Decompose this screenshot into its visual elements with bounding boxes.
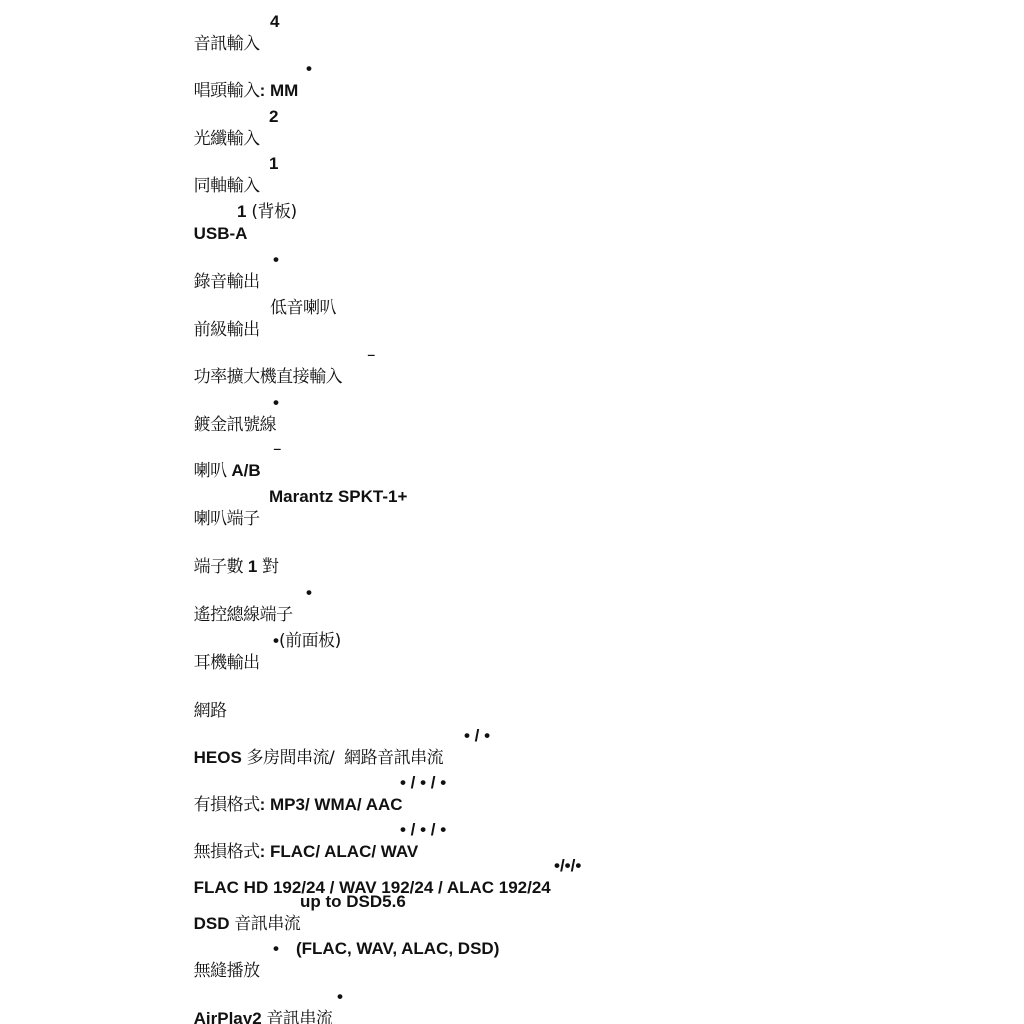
spec-label: 功率擴大機直接輸入 bbox=[194, 367, 343, 387]
spec-label: 前級輸出 bbox=[194, 320, 260, 340]
spec-label-suffix: A/B bbox=[227, 461, 261, 480]
spec-label-prefix: DSD bbox=[194, 914, 235, 933]
spec-airplay: AirPlay2 音訊串流 • bbox=[174, 986, 332, 1008]
spec-value: Marantz SPKT-1+ bbox=[269, 486, 407, 508]
spec-value: 1 bbox=[243, 557, 262, 576]
section-header-network: 網路 bbox=[174, 678, 227, 700]
spec-value: • bbox=[337, 986, 343, 1008]
spec-value-note: 對 bbox=[262, 557, 279, 577]
spec-value: • bbox=[306, 582, 312, 604]
spec-value: •/•/• bbox=[554, 855, 581, 877]
spec-rec-out: 錄音輸出 • bbox=[174, 249, 260, 271]
spec-value: 低音喇叭 bbox=[270, 297, 336, 319]
spec-label: 音訊串流 bbox=[266, 1009, 332, 1024]
spec-label: 唱頭輸入 bbox=[194, 81, 260, 101]
spec-label: 耳機輸出 bbox=[194, 653, 260, 673]
spec-label: 有損格式 bbox=[194, 795, 260, 815]
spec-value: • bbox=[273, 249, 279, 271]
spec-value: – bbox=[273, 438, 281, 460]
spec-value: • / • / • bbox=[400, 819, 446, 841]
spec-phono-in: 唱頭輸入: MM • bbox=[174, 58, 298, 80]
spec-label-prefix: AirPlay2 bbox=[194, 1009, 267, 1024]
spec-remote-terminal: 遙控總線端子 • bbox=[174, 582, 293, 604]
spec-speaker-terminal: 喇叭端子 Marantz SPKT-1+ bbox=[174, 486, 260, 508]
spec-value: 2 bbox=[269, 106, 278, 128]
spec-label: 喇叭 bbox=[194, 461, 227, 481]
spec-label-suffix: : MP3/ WMA/ AAC bbox=[260, 795, 403, 814]
spec-coax-in: 同軸輸入 1 bbox=[174, 153, 260, 175]
spec-value: • bbox=[273, 392, 279, 414]
spec-label: 鍍金訊號線 bbox=[194, 415, 277, 435]
spec-label: 光纖輸入 bbox=[194, 129, 260, 149]
spec-speaker-ab: 喇叭 A/B – bbox=[174, 438, 261, 460]
spec-gapless: 無縫播放 • (FLAC, WAV, ALAC, DSD) bbox=[174, 938, 260, 960]
spec-value: – bbox=[367, 344, 375, 366]
spec-lossless: 無損格式: FLAC/ ALAC/ WAV • / • / • bbox=[174, 819, 418, 841]
spec-value-note: (前面板) bbox=[279, 631, 341, 651]
spec-amp-direct-in: 功率擴大機直接輸入 – bbox=[174, 344, 342, 366]
spec-heos: HEOS 多房間串流/ 網路音訊串流 • / • bbox=[174, 725, 443, 747]
spec-value: 1 bbox=[237, 202, 246, 221]
spec-label: 無縫播放 bbox=[194, 961, 260, 981]
spec-label: 同軸輸入 bbox=[194, 176, 260, 196]
spec-label: 音訊輸入 bbox=[194, 34, 260, 54]
spec-headphone-out: 耳機輸出 •(前面板) bbox=[174, 630, 260, 652]
spec-value: • / • / • bbox=[400, 772, 446, 794]
spec-hires: FLAC HD 192/24 / WAV 192/24 / ALAC 192/2… bbox=[174, 855, 551, 877]
spec-label: 多房間串流/ 網路音訊串流 bbox=[247, 748, 444, 768]
spec-gold-terminals: 鍍金訊號線 • bbox=[174, 392, 276, 414]
spec-value: • bbox=[273, 938, 279, 960]
spec-audio-in: 音訊輸入 4 bbox=[174, 11, 260, 33]
spec-label-suffix: : MM bbox=[260, 81, 299, 100]
spec-label: 音訊串流 bbox=[234, 914, 300, 934]
spec-label-prefix: HEOS bbox=[194, 748, 247, 767]
spec-label: 遙控總線端子 bbox=[194, 605, 293, 625]
spec-value-note: (背板) bbox=[251, 202, 296, 222]
spec-value: 4 bbox=[270, 11, 279, 33]
spec-value: • / • bbox=[464, 725, 490, 747]
spec-value: • bbox=[306, 58, 312, 80]
spec-label: USB-A bbox=[194, 224, 248, 243]
spec-optical-in: 光纖輸入 2 bbox=[174, 106, 260, 128]
section-title: 網路 bbox=[194, 701, 227, 721]
spec-label: 端子數 bbox=[194, 557, 244, 577]
spec-dsd: DSD 音訊串流 up to DSD5.6 bbox=[174, 891, 300, 913]
spec-terminal-count: 端子數 1 對 bbox=[174, 534, 279, 556]
spec-value-note: (FLAC, WAV, ALAC, DSD) bbox=[296, 938, 499, 960]
spec-label: 喇叭端子 bbox=[194, 509, 260, 529]
spec-value: 1 bbox=[269, 153, 278, 175]
spec-lossy: 有損格式: MP3/ WMA/ AAC • / • / • bbox=[174, 772, 403, 794]
spec-label: 錄音輸出 bbox=[194, 272, 260, 292]
spec-usb-a: USB-A 1 (背板) bbox=[174, 201, 247, 223]
spec-pre-out: 前級輸出 低音喇叭 bbox=[174, 297, 260, 319]
spec-value: up to DSD5.6 bbox=[300, 891, 406, 913]
